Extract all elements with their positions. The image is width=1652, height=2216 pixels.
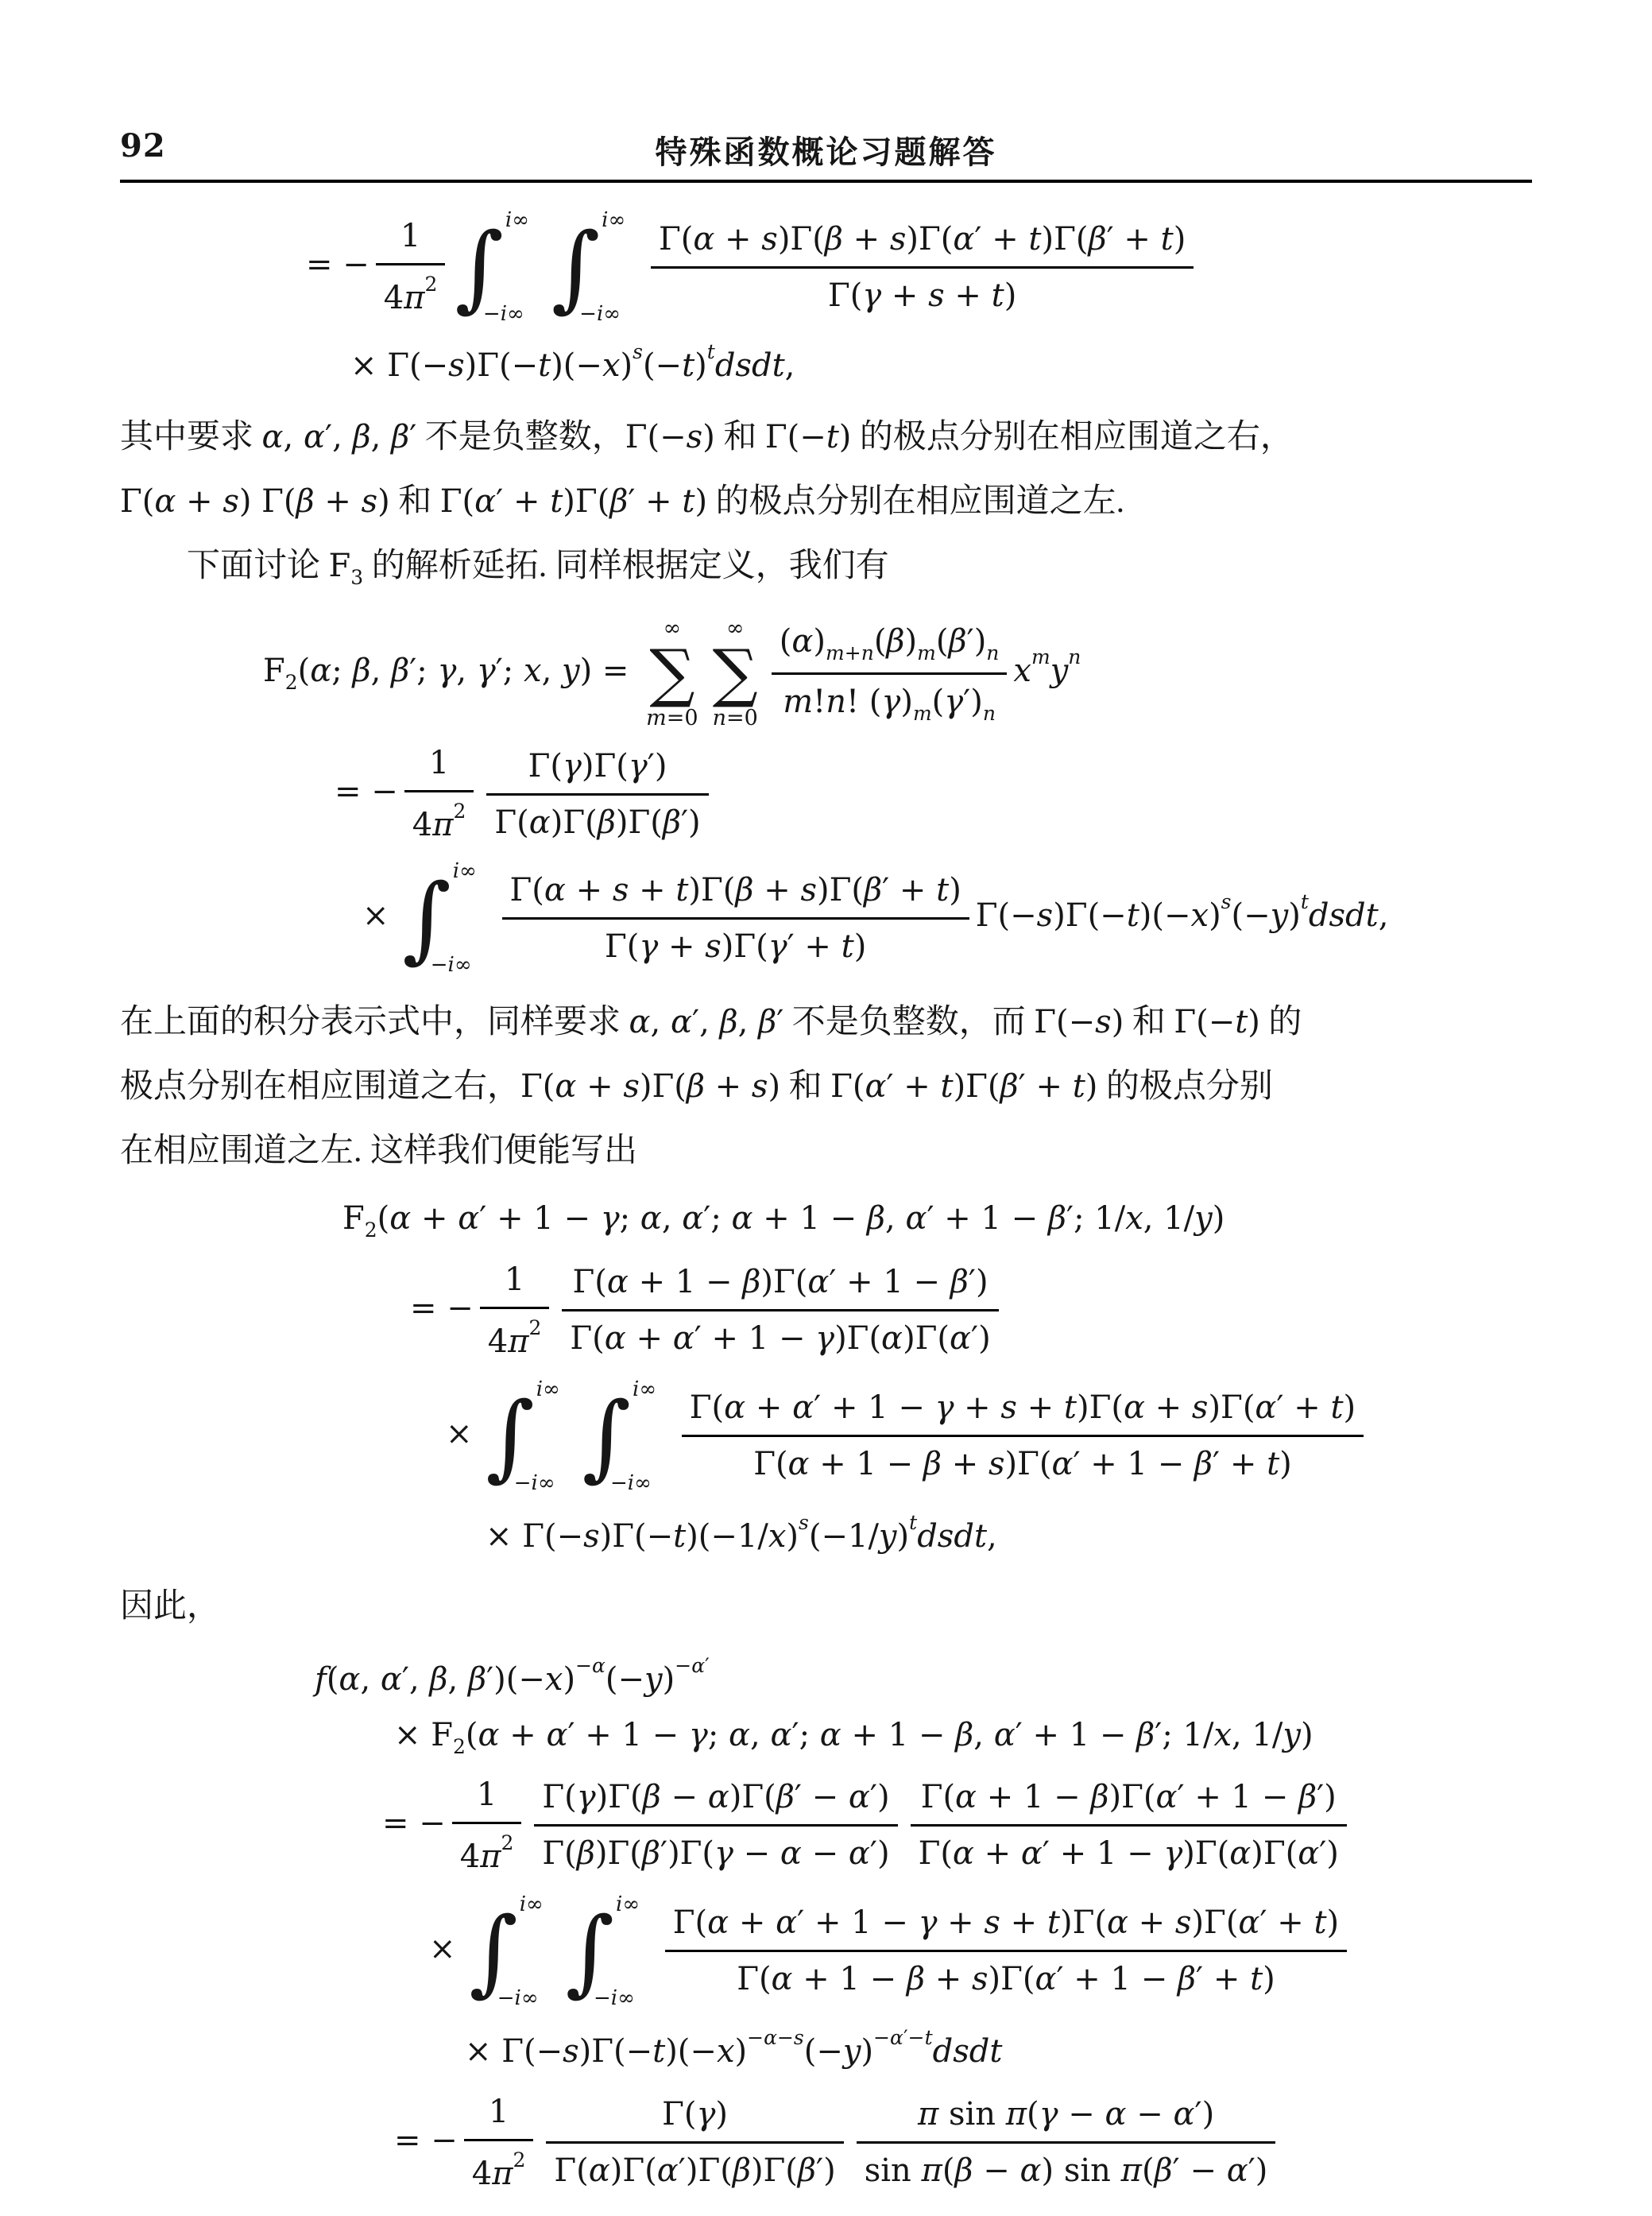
- paragraph: 在上面的积分表示式中，同样要求 α, α′, β, β′ 不是负整数，而 Γ(−…: [120, 990, 1532, 1183]
- math-run: F: [329, 548, 351, 584]
- math-run: (α + α′ + 1 − γ; α, α′; α + 1 − β, α′ + …: [377, 1200, 1225, 1237]
- text-run: 的极点分别在相应围道之左.: [707, 483, 1124, 520]
- fraction-numerator: Γ(α + 1 − β)Γ(α′ + 1 − β′): [911, 1774, 1347, 1827]
- fraction: Γ(γ)Γ(α)Γ(α′)Γ(β)Γ(β′): [546, 2091, 843, 2194]
- superscript: 2: [425, 273, 438, 296]
- subscript: 3: [350, 566, 363, 589]
- fraction-denominator: Γ(γ + s + t): [651, 269, 1194, 319]
- math-run: Γ(γ + s + t): [828, 277, 1016, 314]
- paragraph-line: 其中要求 α, α′, β, β′ 不是负整数，Γ(−s) 和 Γ(−t) 的极…: [120, 405, 1532, 469]
- math-run: Γ(α)Γ(α′)Γ(β)Γ(β′): [554, 2152, 835, 2189]
- superscript: −α′: [675, 1654, 710, 1677]
- summation: ∞∑n=0: [713, 618, 758, 729]
- page: 92 特殊函数概论习题解答 = −14π2∫i∞−i∞∫i∞−i∞Γ(α + s…: [0, 0, 1652, 2216]
- integral-lower-limit: −i∞: [497, 1988, 539, 2009]
- equation-line: × Γ(−s)Γ(−t)(−x)s(−t)tdsdt,: [350, 339, 1532, 387]
- summation: ∞∑m=0: [646, 618, 698, 729]
- math-run: = −: [394, 2122, 458, 2159]
- paragraph: 其中要求 α, α′, β, β′ 不是负整数，Γ(−s) 和 Γ(−t) 的极…: [120, 405, 1532, 533]
- equation-line: × ∫i∞−i∞Γ(α + s + t)Γ(β + s)Γ(β′ + t)Γ(γ…: [362, 859, 1532, 977]
- math-run: (β′): [936, 623, 986, 660]
- equation: = −14π2Γ(γ)Γ(α)Γ(α′)Γ(β)Γ(β′)π sin π(γ −…: [120, 2089, 1532, 2197]
- equation-line: F2(α + α′ + 1 − γ; α, α′; α + 1 − β, α′ …: [342, 1197, 1532, 1244]
- equation-line: × F2(α + α′ + 1 − γ; α, α′; α + 1 − β, α…: [394, 1714, 1532, 1761]
- superscript: 2: [454, 800, 466, 823]
- integral-lower-limit: −i∞: [431, 955, 472, 975]
- subscript: 2: [453, 1735, 466, 1758]
- paragraph: 因此，: [120, 1574, 1532, 1638]
- math-run: Γ(α + 1 − β + s)Γ(α′ + 1 − β′ + t): [753, 1446, 1292, 1482]
- integral-upper-limit: i∞: [633, 1379, 674, 1400]
- fraction-denominator: Γ(α + 1 − β + s)Γ(α′ + 1 − β′ + t): [665, 1952, 1347, 2002]
- equation-line: × Γ(−s)Γ(−t)(−1/x)s(−1/y)tdsdt,: [486, 1509, 1532, 1558]
- integral-upper-limit: i∞: [453, 861, 494, 881]
- fraction-numerator: π sin π(γ − α − α′): [857, 2091, 1276, 2144]
- integral-upper-limit: i∞: [520, 1894, 561, 1915]
- math-run: 4π: [472, 2156, 513, 2192]
- fraction: Γ(α + 1 − β)Γ(α′ + 1 − β′)Γ(α + α′ + 1 −…: [911, 1774, 1347, 1877]
- fraction-numerator: Γ(α + α′ + 1 − γ + s + t)Γ(α + s)Γ(α′ + …: [665, 1900, 1347, 1952]
- paragraph-line: 在相应围道之左. 这样我们便能写出: [120, 1118, 1532, 1183]
- fraction-numerator: 1: [480, 1257, 550, 1309]
- superscript: −α: [575, 1654, 605, 1677]
- paragraph: 下面讨论 F3 的解析延拓. 同样根据定义，我们有: [120, 533, 1532, 610]
- fraction-denominator: sin π(β − α) sin π(β′ − α′): [857, 2144, 1276, 2194]
- math-run: = −: [382, 1805, 446, 1842]
- fraction-denominator: Γ(α + 1 − β + s)Γ(α′ + 1 − β′ + t): [682, 1437, 1364, 1487]
- integral: ∫i∞−i∞: [551, 208, 641, 326]
- equation-line: × Γ(−s)Γ(−t)(−x)−α−s(−y)−α′−tdsdt: [465, 2024, 1532, 2073]
- fraction: (α)m+n(β)m(β′)nm!n! (γ)m(γ′)n: [772, 618, 1008, 729]
- math-run: Γ(α + 1 − β)Γ(α′ + 1 − β′): [921, 1779, 1337, 1815]
- math-run: Γ(γ)Γ(β − α)Γ(β′ − α′): [542, 1779, 889, 1815]
- fraction-numerator: (α)m+n(β)m(β′)n: [772, 618, 1008, 675]
- superscript: −α′−t: [873, 2026, 933, 2049]
- math-run: Γ(α + s)Γ(β + s): [520, 1068, 780, 1105]
- math-run: Γ(α + α′ + 1 − γ)Γ(α)Γ(α′): [570, 1320, 990, 1357]
- fraction: 14π2: [480, 1257, 550, 1365]
- fraction: Γ(α + α′ + 1 − γ + s + t)Γ(α + s)Γ(α′ + …: [665, 1900, 1347, 2002]
- math-run: dsdt: [933, 2033, 1003, 2070]
- fraction-denominator: Γ(γ + s)Γ(γ′ + t): [502, 920, 969, 970]
- summation-lower-limit: m=0: [646, 707, 698, 729]
- math-run: (−1/y): [809, 1518, 909, 1555]
- text-run: 极点分别在相应围道之右，: [120, 1068, 520, 1105]
- text-run: 的解析延拓. 同样根据定义，我们有: [363, 548, 889, 584]
- integral-limits: i∞−i∞: [535, 1377, 576, 1495]
- math-run: Γ(−s): [1034, 1004, 1124, 1040]
- fraction-denominator: 4π2: [464, 2141, 534, 2197]
- math-run: π sin π(γ − α − α′): [918, 2096, 1214, 2133]
- fraction: Γ(α + s + t)Γ(β + s)Γ(β′ + t)Γ(γ + s)Γ(γ…: [502, 867, 969, 970]
- fraction-numerator: 1: [376, 213, 446, 265]
- text-run: 和: [1124, 1004, 1174, 1040]
- integral: ∫i∞−i∞: [566, 1893, 656, 2010]
- math-run: (−t): [643, 347, 707, 384]
- integral-upper-limit: i∞: [536, 1379, 578, 1400]
- text-run: 因此，: [120, 1588, 220, 1625]
- superscript: s: [1221, 890, 1232, 913]
- header-row: 92 特殊函数概论习题解答: [120, 127, 1532, 167]
- math-run: = −: [410, 1290, 474, 1327]
- fraction-denominator: Γ(α)Γ(β)Γ(β′): [486, 796, 708, 846]
- subscript: n: [986, 641, 999, 664]
- superscript: t: [909, 1511, 917, 1534]
- fraction: 14π2: [452, 1772, 522, 1880]
- fraction-denominator: Γ(β)Γ(β′)Γ(γ − α − α′): [534, 1827, 897, 1877]
- math-run: (α): [780, 623, 826, 660]
- integral-upper-limit: i∞: [505, 210, 547, 231]
- integral-upper-limit: i∞: [616, 1894, 657, 1915]
- integral-limits: i∞−i∞: [614, 1893, 656, 2010]
- math-run: dsdt,: [917, 1518, 997, 1555]
- fraction-denominator: 4π2: [404, 792, 474, 848]
- integral: ∫i∞−i∞: [469, 1893, 559, 2010]
- math-run: Γ(α + α′ + 1 − γ)Γ(α)Γ(α′): [919, 1835, 1339, 1872]
- text-run: 的极点分别: [1097, 1068, 1273, 1105]
- fraction-numerator: 1: [404, 740, 474, 792]
- superscript: s: [633, 340, 643, 363]
- integral-limits: i∞−i∞: [631, 1377, 672, 1495]
- integral: ∫i∞−i∞: [486, 1377, 575, 1495]
- text-run: 的极点分别在相应围道之右，: [851, 419, 1294, 455]
- subscript: 2: [285, 671, 298, 694]
- fraction: Γ(α + α′ + 1 − γ + s + t)Γ(α + s)Γ(α′ + …: [682, 1385, 1364, 1487]
- superscript: n: [1068, 645, 1081, 668]
- fraction: π sin π(γ − α − α′)sin π(β − α) sin π(β′…: [857, 2091, 1276, 2194]
- math-run: (β): [874, 623, 917, 660]
- math-run: (γ′): [932, 684, 983, 720]
- paragraph-line: 下面讨论 F3 的解析延拓. 同样根据定义，我们有: [187, 533, 1532, 610]
- math-run: × Γ(−s)Γ(−t)(−1/x): [486, 1518, 799, 1555]
- subscript: m: [913, 702, 932, 725]
- text-run: 其中要求: [120, 419, 262, 455]
- text-run: 和: [390, 483, 440, 520]
- math-run: 4π: [460, 1838, 501, 1875]
- math-run: Γ(α + 1 − β + s)Γ(α′ + 1 − β′ + t): [737, 1961, 1275, 1997]
- math-run: (−y): [605, 1661, 675, 1698]
- math-run: Γ(γ)Γ(γ′): [528, 748, 667, 785]
- math-run: ×: [446, 1416, 482, 1452]
- paragraph-line: Γ(α + s) Γ(β + s) 和 Γ(α′ + t)Γ(β′ + t) 的…: [120, 469, 1532, 533]
- math-run: Γ(α + s) Γ(β + s): [120, 483, 390, 520]
- math-run: dsdt,: [1309, 897, 1389, 934]
- math-run: Γ(β)Γ(β′)Γ(γ − α − α′): [542, 1835, 889, 1872]
- math-run: Γ(α + α′ + 1 − γ + s + t)Γ(α + s)Γ(α′ + …: [690, 1389, 1356, 1426]
- subscript: n: [983, 702, 996, 725]
- math-run: (α + α′ + 1 − γ; α, α′; α + 1 − β, α′ + …: [466, 1717, 1313, 1753]
- math-run: Γ(−s)Γ(−t)(−x): [976, 897, 1221, 934]
- fraction-denominator: Γ(α + α′ + 1 − γ)Γ(α)Γ(α′): [562, 1311, 998, 1362]
- paragraph-line: 因此，: [120, 1574, 1532, 1638]
- math-run: F: [263, 653, 285, 689]
- text-run: 不是负整数，而: [783, 1004, 1034, 1040]
- math-run: ×: [429, 1931, 466, 1967]
- math-run: Γ(−s): [625, 419, 715, 455]
- math-run: F: [342, 1200, 365, 1237]
- math-run: 4π: [412, 807, 454, 843]
- fraction-numerator: Γ(α + α′ + 1 − γ + s + t)Γ(α + s)Γ(α′ + …: [682, 1385, 1364, 1437]
- fraction-denominator: m!n! (γ)m(γ′)n: [772, 675, 1008, 729]
- math-run: × F: [394, 1717, 453, 1753]
- integral: ∫i∞−i∞: [455, 208, 544, 326]
- fraction-denominator: 4π2: [452, 1824, 522, 1880]
- fraction-numerator: Γ(γ)Γ(γ′): [486, 743, 708, 796]
- math-run: × Γ(−s)Γ(−t)(−x): [465, 2033, 747, 2070]
- fraction: Γ(α + 1 − β)Γ(α′ + 1 − β′)Γ(α + α′ + 1 −…: [562, 1259, 998, 1362]
- fraction-denominator: 4π2: [376, 265, 446, 321]
- math-run: sin π(β − α) sin π(β′ − α′): [865, 2152, 1268, 2189]
- equation: f(α, α′, β, β′)(−x)−α(−y)−α′× F2(α + α′ …: [120, 1652, 1532, 2073]
- superscript: t: [707, 340, 715, 363]
- fraction-numerator: Γ(γ): [546, 2091, 843, 2144]
- summation-lower-limit: n=0: [713, 707, 758, 729]
- text-run: 在相应围道之左. 这样我们便能写出: [120, 1133, 637, 1169]
- math-run: Γ(−t): [1174, 1004, 1260, 1040]
- math-run: 1: [489, 2094, 509, 2130]
- math-run: Γ(α + s + t)Γ(β + s)Γ(β′ + t): [510, 872, 961, 908]
- math-run: f(α, α′, β, β′)(−x): [315, 1661, 575, 1698]
- superscript: t: [1301, 890, 1309, 913]
- text-run: 和: [715, 419, 765, 455]
- fraction: Γ(γ)Γ(γ′)Γ(α)Γ(β)Γ(β′): [486, 743, 708, 846]
- fraction: Γ(γ)Γ(β − α)Γ(β′ − α′)Γ(β)Γ(β′)Γ(γ − α −…: [534, 1774, 897, 1877]
- integral-lower-limit: −i∞: [483, 304, 524, 324]
- equation-line: = −14π2Γ(γ)Γ(β − α)Γ(β′ − α′)Γ(β)Γ(β′)Γ(…: [382, 1772, 1532, 1880]
- math-run: Γ(α′ + t)Γ(β′ + t): [830, 1068, 1097, 1105]
- text-run: 和: [780, 1068, 830, 1105]
- equation-line: = −14π2Γ(γ)Γ(α)Γ(α′)Γ(β)Γ(β′)π sin π(γ −…: [394, 2089, 1532, 2197]
- fraction-numerator: Γ(γ)Γ(β − α)Γ(β′ − α′): [534, 1774, 897, 1827]
- text-run: 在上面的积分表示式中，同样要求: [120, 1004, 629, 1040]
- math-run: Γ(α′ + t)Γ(β′ + t): [440, 483, 707, 520]
- equation-line: F2(α; β, β′; γ, γ′; x, y) = ∞∑m=0∞∑n=0(α…: [263, 618, 1532, 729]
- math-run: Γ(γ + s)Γ(γ′ + t): [605, 928, 866, 965]
- math-run: Γ(γ): [662, 2096, 728, 2133]
- fraction-numerator: Γ(α + s + t)Γ(β + s)Γ(β′ + t): [502, 867, 969, 920]
- equation: F2(α; β, β′; γ, γ′; x, y) = ∞∑m=0∞∑n=0(α…: [120, 618, 1532, 977]
- text-run: 不是负整数，: [416, 419, 625, 455]
- math-run: = −: [306, 246, 369, 283]
- fraction-numerator: 1: [464, 2089, 534, 2141]
- summation-sign: ∑: [649, 643, 694, 703]
- summation-sign: ∑: [713, 643, 758, 703]
- math-run: 1: [505, 1261, 524, 1298]
- math-run: m!n! (γ): [783, 684, 913, 720]
- math-run: ×: [362, 897, 399, 934]
- math-run: (−y): [1232, 897, 1301, 934]
- subscript: 2: [365, 1218, 377, 1242]
- math-run: (−y): [804, 2033, 873, 2070]
- fraction: 14π2: [376, 213, 446, 321]
- integral-upper-limit: i∞: [602, 210, 643, 231]
- fraction-denominator: 4π2: [480, 1309, 550, 1365]
- integral-lower-limit: −i∞: [514, 1473, 555, 1493]
- math-run: Γ(−t): [765, 419, 852, 455]
- fraction: 14π2: [404, 740, 474, 848]
- fraction: 14π2: [464, 2089, 534, 2197]
- math-run: = −: [335, 773, 398, 810]
- integral-lower-limit: −i∞: [579, 304, 621, 324]
- math-run: 1: [477, 1776, 497, 1813]
- integral: ∫i∞−i∞: [582, 1377, 672, 1495]
- fraction: Γ(α + s)Γ(β + s)Γ(α′ + t)Γ(β′ + t)Γ(γ + …: [651, 216, 1194, 319]
- math-run: α, α′, β, β′: [262, 419, 417, 455]
- equation: = −14π2∫i∞−i∞∫i∞−i∞Γ(α + s)Γ(β + s)Γ(α′ …: [120, 208, 1532, 387]
- integral-lower-limit: −i∞: [610, 1473, 652, 1493]
- fraction-numerator: 1: [452, 1772, 522, 1824]
- superscript: 2: [513, 2148, 526, 2171]
- equation-line: = −14π2Γ(α + 1 − β)Γ(α′ + 1 − β′)Γ(α + α…: [410, 1257, 1532, 1365]
- math-run: y: [1050, 653, 1069, 689]
- fraction-numerator: Γ(α + s)Γ(β + s)Γ(α′ + t)Γ(β′ + t): [651, 216, 1194, 269]
- equation-line: × ∫i∞−i∞∫i∞−i∞Γ(α + α′ + 1 − γ + s + t)Γ…: [429, 1893, 1532, 2010]
- math-run: dsdt,: [715, 347, 795, 384]
- superscript: 2: [501, 1831, 514, 1854]
- fraction-denominator: Γ(α)Γ(α′)Γ(β)Γ(β′): [546, 2144, 843, 2194]
- superscript: −α−s: [747, 2026, 804, 2049]
- subscript: m+n: [826, 641, 874, 664]
- equation-line: × ∫i∞−i∞∫i∞−i∞Γ(α + α′ + 1 − γ + s + t)Γ…: [446, 1377, 1532, 1495]
- math-run: α, α′, β, β′: [629, 1004, 784, 1040]
- integral-limits: i∞−i∞: [518, 1893, 559, 2010]
- math-run: (α; β, β′; γ, γ′; x, y) =: [298, 653, 640, 689]
- math-run: 4π: [488, 1323, 529, 1360]
- integral-limits: i∞−i∞: [600, 208, 641, 326]
- superscript: s: [799, 1511, 809, 1534]
- math-run: Γ(α)Γ(β)Γ(β′): [494, 804, 700, 841]
- math-run: Γ(α + s)Γ(β + s)Γ(α′ + t)Γ(β′ + t): [659, 221, 1186, 258]
- integral-limits: i∞−i∞: [451, 859, 493, 977]
- integral-limits: i∞−i∞: [504, 208, 545, 326]
- math-run: Γ(α + α′ + 1 − γ + s + t)Γ(α + s)Γ(α′ + …: [673, 1904, 1339, 1941]
- content: = −14π2∫i∞−i∞∫i∞−i∞Γ(α + s)Γ(β + s)Γ(α′ …: [120, 183, 1532, 2197]
- paragraph-line: 极点分别在相应围道之右，Γ(α + s)Γ(β + s) 和 Γ(α′ + t)…: [120, 1054, 1532, 1118]
- equation-line: = −14π2Γ(γ)Γ(γ′)Γ(α)Γ(β)Γ(β′): [335, 740, 1532, 848]
- math-run: 1: [429, 745, 449, 781]
- math-run: 1: [400, 218, 420, 254]
- superscript: 2: [529, 1316, 542, 1339]
- fraction-numerator: Γ(α + 1 − β)Γ(α′ + 1 − β′): [562, 1259, 998, 1311]
- math-run: x: [1013, 653, 1031, 689]
- fraction-denominator: Γ(α + α′ + 1 − γ)Γ(α)Γ(α′): [911, 1827, 1347, 1877]
- text-run: 的: [1260, 1004, 1302, 1040]
- book-title: 特殊函数概论习题解答: [120, 127, 1532, 172]
- math-run: Γ(α + 1 − β)Γ(α′ + 1 − β′): [573, 1264, 988, 1300]
- math-run: 4π: [384, 280, 425, 316]
- text-run: 下面讨论: [187, 548, 329, 584]
- equation: F2(α + α′ + 1 − γ; α, α′; α + 1 − β, α′ …: [120, 1197, 1532, 1558]
- math-run: × Γ(−s)Γ(−t)(−x): [350, 347, 633, 384]
- paragraph-line: 在上面的积分表示式中，同样要求 α, α′, β, β′ 不是负整数，而 Γ(−…: [120, 990, 1532, 1054]
- integral: ∫i∞−i∞: [402, 859, 492, 977]
- superscript: m: [1031, 645, 1050, 668]
- equation-line: = −14π2∫i∞−i∞∫i∞−i∞Γ(α + s)Γ(β + s)Γ(α′ …: [306, 208, 1532, 326]
- page-header: 92 特殊函数概论习题解答: [120, 0, 1532, 183]
- equation-line: f(α, α′, β, β′)(−x)−α(−y)−α′: [315, 1652, 1532, 1701]
- page-number: 92: [120, 127, 166, 165]
- integral-lower-limit: −i∞: [594, 1988, 635, 2009]
- subscript: m: [917, 641, 936, 664]
